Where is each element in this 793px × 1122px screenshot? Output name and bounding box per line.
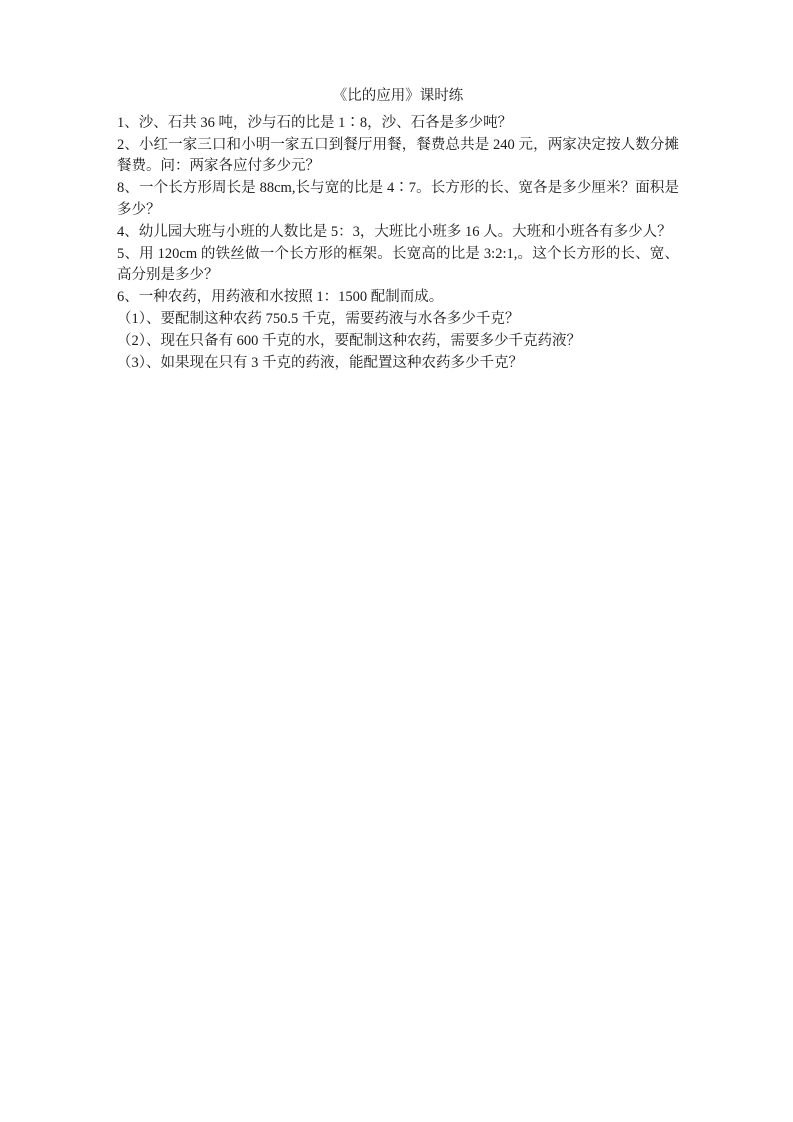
question-6-part-2: （2）、现在只备有 600 千克的水，要配制这种农药，需要多少千克药液？ <box>117 331 679 353</box>
question-5: 5、用 120cm 的铁丝做一个长方形的框架。长宽高的比是 3:2:1,。这个长… <box>117 244 679 288</box>
question-8: 8、一个长方形周长是 88cm,长与宽的比是 4∶7。长方形的长、宽各是多少厘米… <box>117 178 679 222</box>
page-title: 《比的应用》课时练 <box>117 86 679 108</box>
document-body: 《比的应用》课时练 1、沙、石共 36 吨，沙与石的比是 1∶8，沙、石各是多少… <box>117 86 679 374</box>
question-2: 2、小红一家三口和小明一家五口到餐厅用餐，餐费总共是 240 元，两家决定按人数… <box>117 135 679 179</box>
question-6: 6、一种农药，用药液和水按照 1：1500 配制而成。 <box>117 287 679 309</box>
document-page: 《比的应用》课时练 1、沙、石共 36 吨，沙与石的比是 1∶8，沙、石各是多少… <box>0 0 793 1122</box>
question-6-part-3: （3）、如果现在只有 3 千克的药液，能配置这种农药多少千克？ <box>117 353 679 375</box>
question-6-part-1: （1）、要配制这种农药 750.5 千克，需要药液与水各多少千克？ <box>117 309 679 331</box>
question-1: 1、沙、石共 36 吨，沙与石的比是 1∶8，沙、石各是多少吨？ <box>117 113 679 135</box>
question-4: 4、幼儿园大班与小班的人数比是 5：3，大班比小班多 16 人。大班和小班各有多… <box>117 222 679 244</box>
